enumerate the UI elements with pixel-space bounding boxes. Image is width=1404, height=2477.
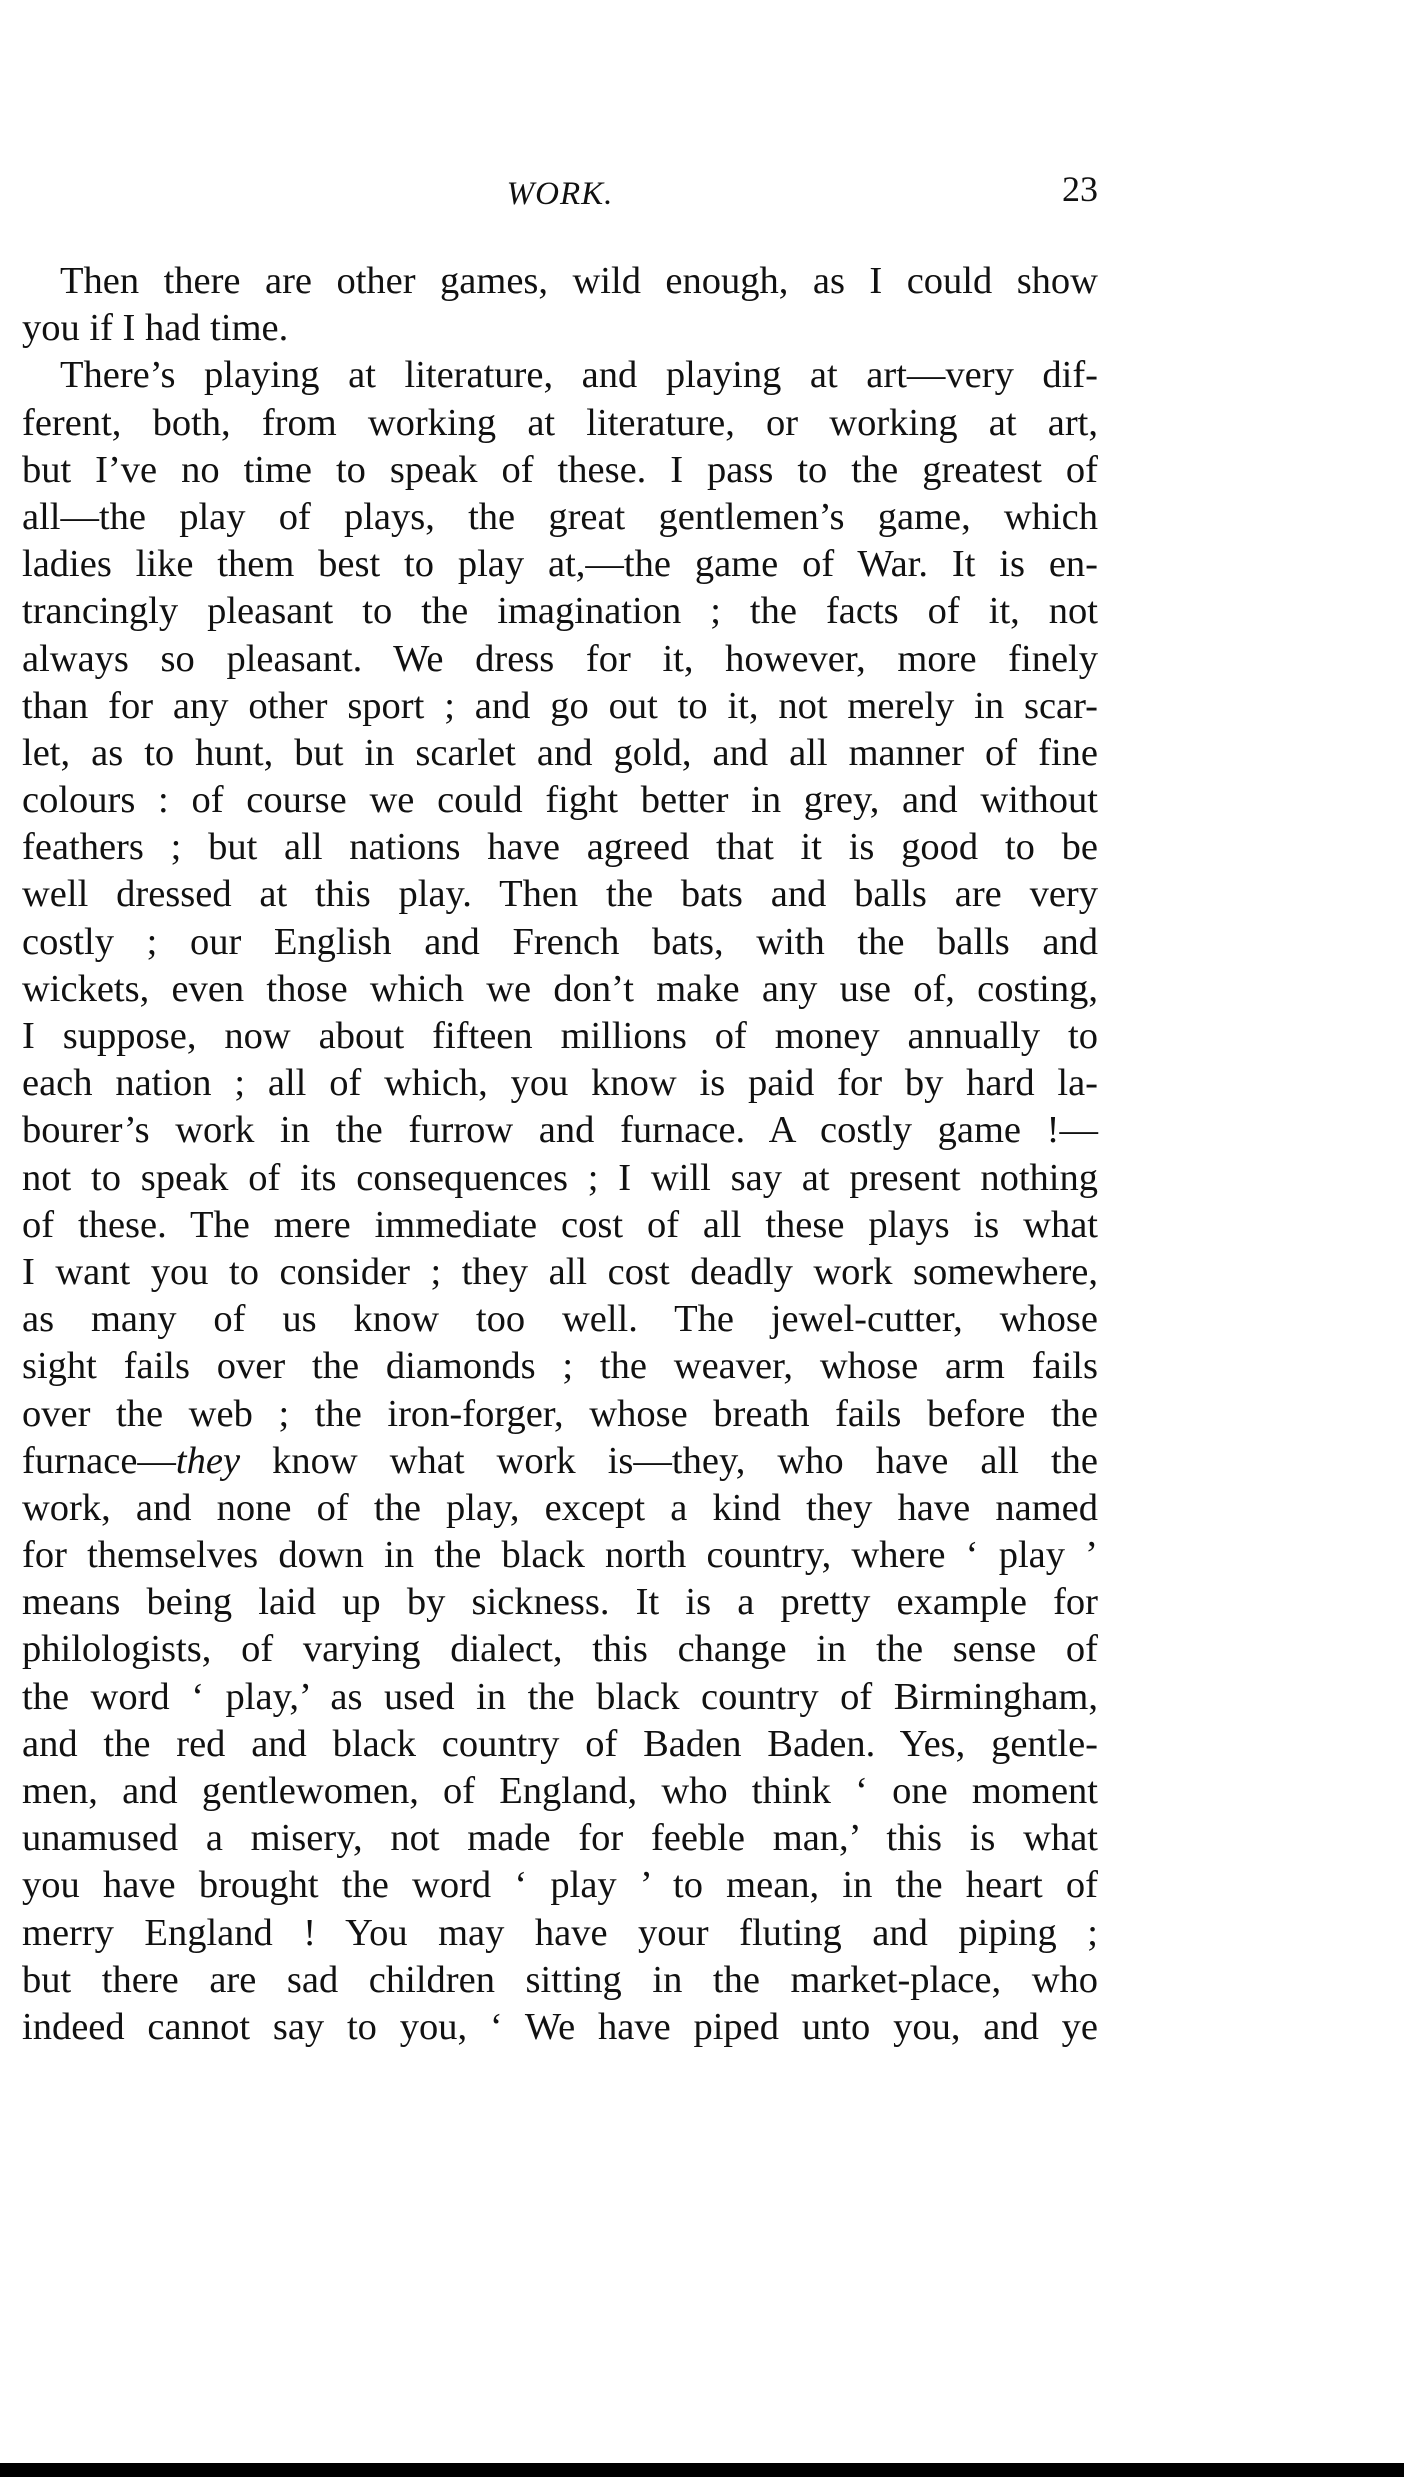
text-line: sight fails over the diamonds ; the weav… (22, 1343, 1098, 1390)
text-line: means being laid up by sickness. It is a… (22, 1579, 1098, 1626)
text-line: costly ; our English and French bats, wi… (22, 919, 1098, 966)
text-line: furnace—they know what work is—they, who… (22, 1438, 1098, 1485)
body-text: Then there are other games, wild enough,… (22, 258, 1098, 2051)
text-line: work, and none of the play, except a kin… (22, 1485, 1098, 1532)
text-line: let, as to hunt, but in scarlet and gold… (22, 730, 1098, 777)
text-line: always so pleasant. We dress for it, how… (22, 636, 1098, 683)
text-line: Then there are other games, wild enough,… (22, 258, 1098, 305)
book-page: WORK. 23 Then there are other games, wil… (0, 0, 1404, 2477)
text-line: all—the play of plays, the great gentlem… (22, 494, 1098, 541)
text-line: colours : of course we could fight bette… (22, 777, 1098, 824)
text-line: wickets, even those which we don’t make … (22, 966, 1098, 1013)
text-line: well dressed at this play. Then the bats… (22, 871, 1098, 918)
text-line: of these. The mere immediate cost of all… (22, 1202, 1098, 1249)
text-line: feathers ; but all nations have agreed t… (22, 824, 1098, 871)
text-line: each nation ; all of which, you know is … (22, 1060, 1098, 1107)
text-line: as many of us know too well. The jewel-c… (22, 1296, 1098, 1343)
running-title: WORK. (22, 176, 1098, 213)
text-line: merry England ! You may have your flutin… (22, 1910, 1098, 1957)
text-line: not to speak of its consequences ; I wil… (22, 1155, 1098, 1202)
text-line: bourer’s work in the furrow and furnace.… (22, 1107, 1098, 1154)
text-line: trancingly pleasant to the imagination ;… (22, 588, 1098, 635)
text-line: I suppose, now about fifteen millions of… (22, 1013, 1098, 1060)
text-line: I want you to consider ; they all cost d… (22, 1249, 1098, 1296)
scan-edge-bar (0, 2463, 1404, 2477)
text-line: you have brought the word ‘ play ’ to me… (22, 1862, 1098, 1909)
page-number: 23 (1062, 168, 1098, 210)
running-head: WORK. 23 (22, 168, 1098, 218)
text-line: but I’ve no time to speak of these. I pa… (22, 447, 1098, 494)
text-line: you if I had time. (22, 305, 1098, 352)
text-line: ferent, both, from working at literature… (22, 400, 1098, 447)
text-line: ladies like them best to play at,—the ga… (22, 541, 1098, 588)
text-line: than for any other sport ; and go out to… (22, 683, 1098, 730)
text-line: men, and gentlewomen, of England, who th… (22, 1768, 1098, 1815)
text-line: the word ‘ play,’ as used in the black c… (22, 1674, 1098, 1721)
text-line: indeed cannot say to you, ‘ We have pipe… (22, 2004, 1098, 2051)
text-line: and the red and black country of Baden B… (22, 1721, 1098, 1768)
text-line: for themselves down in the black north c… (22, 1532, 1098, 1579)
text-line: unamused a misery, not made for feeble m… (22, 1815, 1098, 1862)
text-line: There’s playing at literature, and playi… (22, 352, 1098, 399)
text-line: but there are sad children sitting in th… (22, 1957, 1098, 2004)
text-line: philologists, of varying dialect, this c… (22, 1626, 1098, 1673)
text-line: over the web ; the iron-forger, whose br… (22, 1391, 1098, 1438)
